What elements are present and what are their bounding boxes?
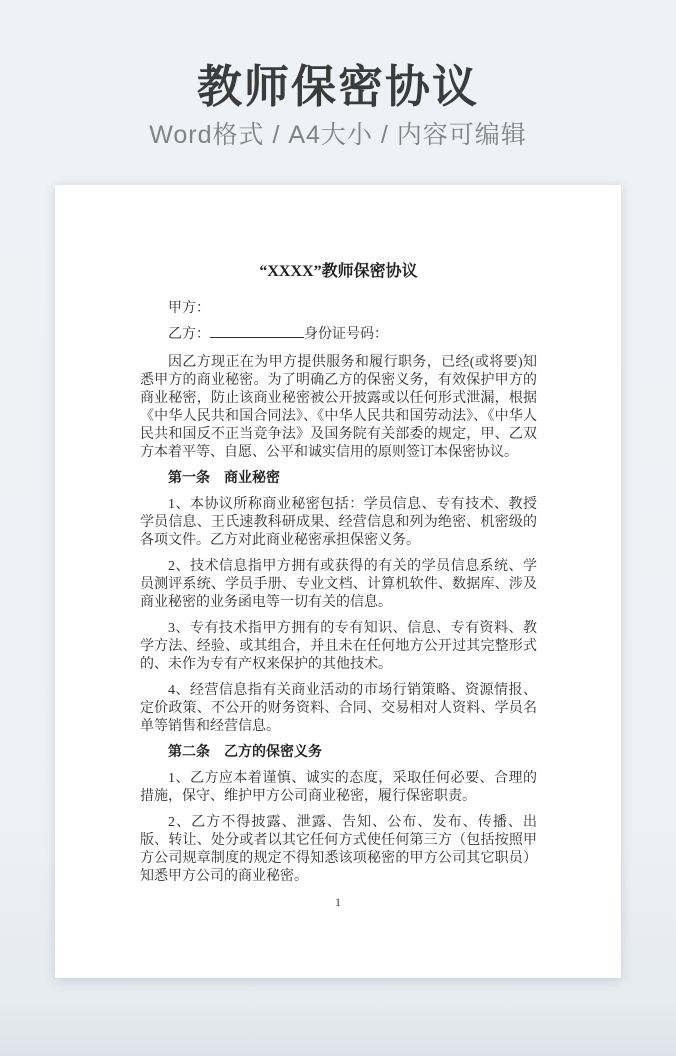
document-title: “XXXX”教师保密协议: [140, 262, 537, 282]
party-b-blank-field: [210, 324, 304, 338]
template-subtitle: Word格式 / A4大小 / 内容可编辑: [0, 120, 676, 150]
section-2-paragraph-2: 2、乙方不得披露、泄露、告知、公布、发布、传播、出版、转让、处分或者以其它任何方…: [140, 814, 537, 886]
section-2-heading: 第二条 乙方的保密义务: [140, 744, 537, 762]
id-number-label: 身份证号码：: [304, 327, 388, 342]
party-b-label: 乙方：: [168, 327, 210, 342]
party-b-line: 乙方：身份证号码：: [140, 324, 537, 344]
section-1-paragraph-3: 3、专有技术指甲方拥有的专有知识、信息、专有资料、教学方法、经验、或其组合，并且…: [140, 620, 537, 674]
section-2-paragraph-1: 1、乙方应本着谨慎、诚实的态度，采取任何必要、合理的措施，保守、维护甲方公司商业…: [140, 770, 537, 806]
section-1-heading: 第一条 商业秘密: [140, 470, 537, 488]
page-number: 1: [55, 895, 621, 909]
party-a-label: 甲方：: [168, 301, 210, 316]
document-page: “XXXX”教师保密协议 甲方： 乙方：身份证号码： 因乙方现正在为甲方提供服务…: [55, 185, 621, 978]
hero-header: 教师保密协议 Word格式 / A4大小 / 内容可编辑: [0, 0, 676, 150]
section-1-paragraph-2: 2、技术信息指甲方拥有或获得的有关的学员信息系统、学员测评系统、学员手册、专业文…: [140, 558, 537, 612]
preview-background: 教师保密协议 Word格式 / A4大小 / 内容可编辑 “XXXX”教师保密协…: [0, 0, 676, 1056]
section-1-paragraph-4: 4、经营信息指有关商业活动的市场行销策略、资源情报、定价政策、不公开的财务资料、…: [140, 682, 537, 736]
section-1-paragraph-1: 1、本协议所称商业秘密包括：学员信息、专有技术、教授学员信息、王氏速教科研成果、…: [140, 496, 537, 550]
party-a-line: 甲方：: [140, 300, 537, 318]
template-title: 教师保密协议: [0, 62, 676, 112]
intro-paragraph: 因乙方现正在为甲方提供服务和履行职务，已经(或将要)知悉甲方的商业秘密。为了明确…: [140, 354, 537, 462]
